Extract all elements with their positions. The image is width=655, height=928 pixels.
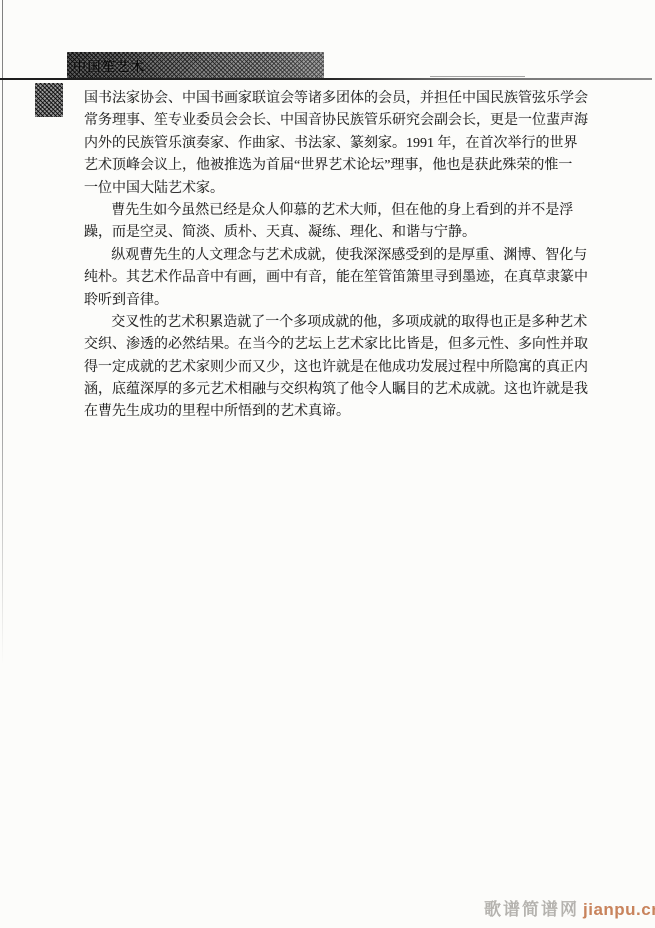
text-line: 涵，底蕴深厚的多元艺术相融与交织构筑了他令人瞩目的艺术成就。这也许就是我 <box>84 379 594 401</box>
text-line: 交叉性的艺术积累造就了一个多项成就的他，多项成就的取得也正是多种艺术 <box>84 312 594 334</box>
body-text: 国书法家协会、中国书画家联谊会等诸多团体的会员，并担任中国民族管弦乐学会常务理事… <box>84 88 594 424</box>
text-line: 国书法家协会、中国书画家联谊会等诸多团体的会员，并担任中国民族管弦乐学会 <box>84 88 594 110</box>
chapter-header-bar: 中国笙艺术 <box>67 52 324 78</box>
book-title: 中国笙艺术 <box>67 56 146 75</box>
watermark-site-name: 歌谱简谱网 <box>484 900 579 919</box>
text-line: 内外的民族管乐演奏家、作曲家、书法家、篆刻家。1991 年，在首次举行的世界 <box>84 133 594 155</box>
text-line: 在曹先生成功的里程中所悟到的艺术真谛。 <box>84 401 594 423</box>
header-rule <box>0 78 652 80</box>
scan-edge-line <box>2 0 3 665</box>
watermark: 歌谱简谱网jianpu.cn <box>484 895 655 920</box>
text-line: 交织、渗透的必然结果。在当今的艺坛上艺术家比比皆是，但多元性、多向性并取 <box>84 334 594 356</box>
page-number-block <box>35 83 63 117</box>
text-line: 纯朴。其艺术作品音中有画，画中有音，能在笙管笛箫里寻到墨迹，在真草隶篆中 <box>84 267 594 289</box>
text-line: 躁，而是空灵、简淡、质朴、天真、凝练、理化、和谐与宁静。 <box>84 222 594 244</box>
text-line: 曹先生如今虽然已经是众人仰慕的艺术大师，但在他的身上看到的并不是浮 <box>84 200 594 222</box>
text-line: 一位中国大陆艺术家。 <box>84 178 594 200</box>
text-line: 得一定成就的艺术家则少而又少，这也许就是在他成功发展过程中所隐寓的真正内 <box>84 357 594 379</box>
watermark-domain: jianpu.cn <box>579 900 655 919</box>
header-rule-artifact <box>430 76 525 77</box>
text-line: 聆听到音律。 <box>84 290 594 312</box>
text-line: 纵观曹先生的人文理念与艺术成就，使我深深感受到的是厚重、渊博、智化与 <box>84 245 594 267</box>
scanned-book-page: 中国笙艺术 国书法家协会、中国书画家联谊会等诸多团体的会员，并担任中国民族管弦乐… <box>0 0 655 928</box>
text-line: 常务理事、笙专业委员会会长、中国音协民族管乐研究会副会长，更是一位蜚声海 <box>84 110 594 132</box>
text-line: 艺术顶峰会议上，他被推选为首届“世界艺术论坛”理事，他也是获此殊荣的惟一 <box>84 155 594 177</box>
